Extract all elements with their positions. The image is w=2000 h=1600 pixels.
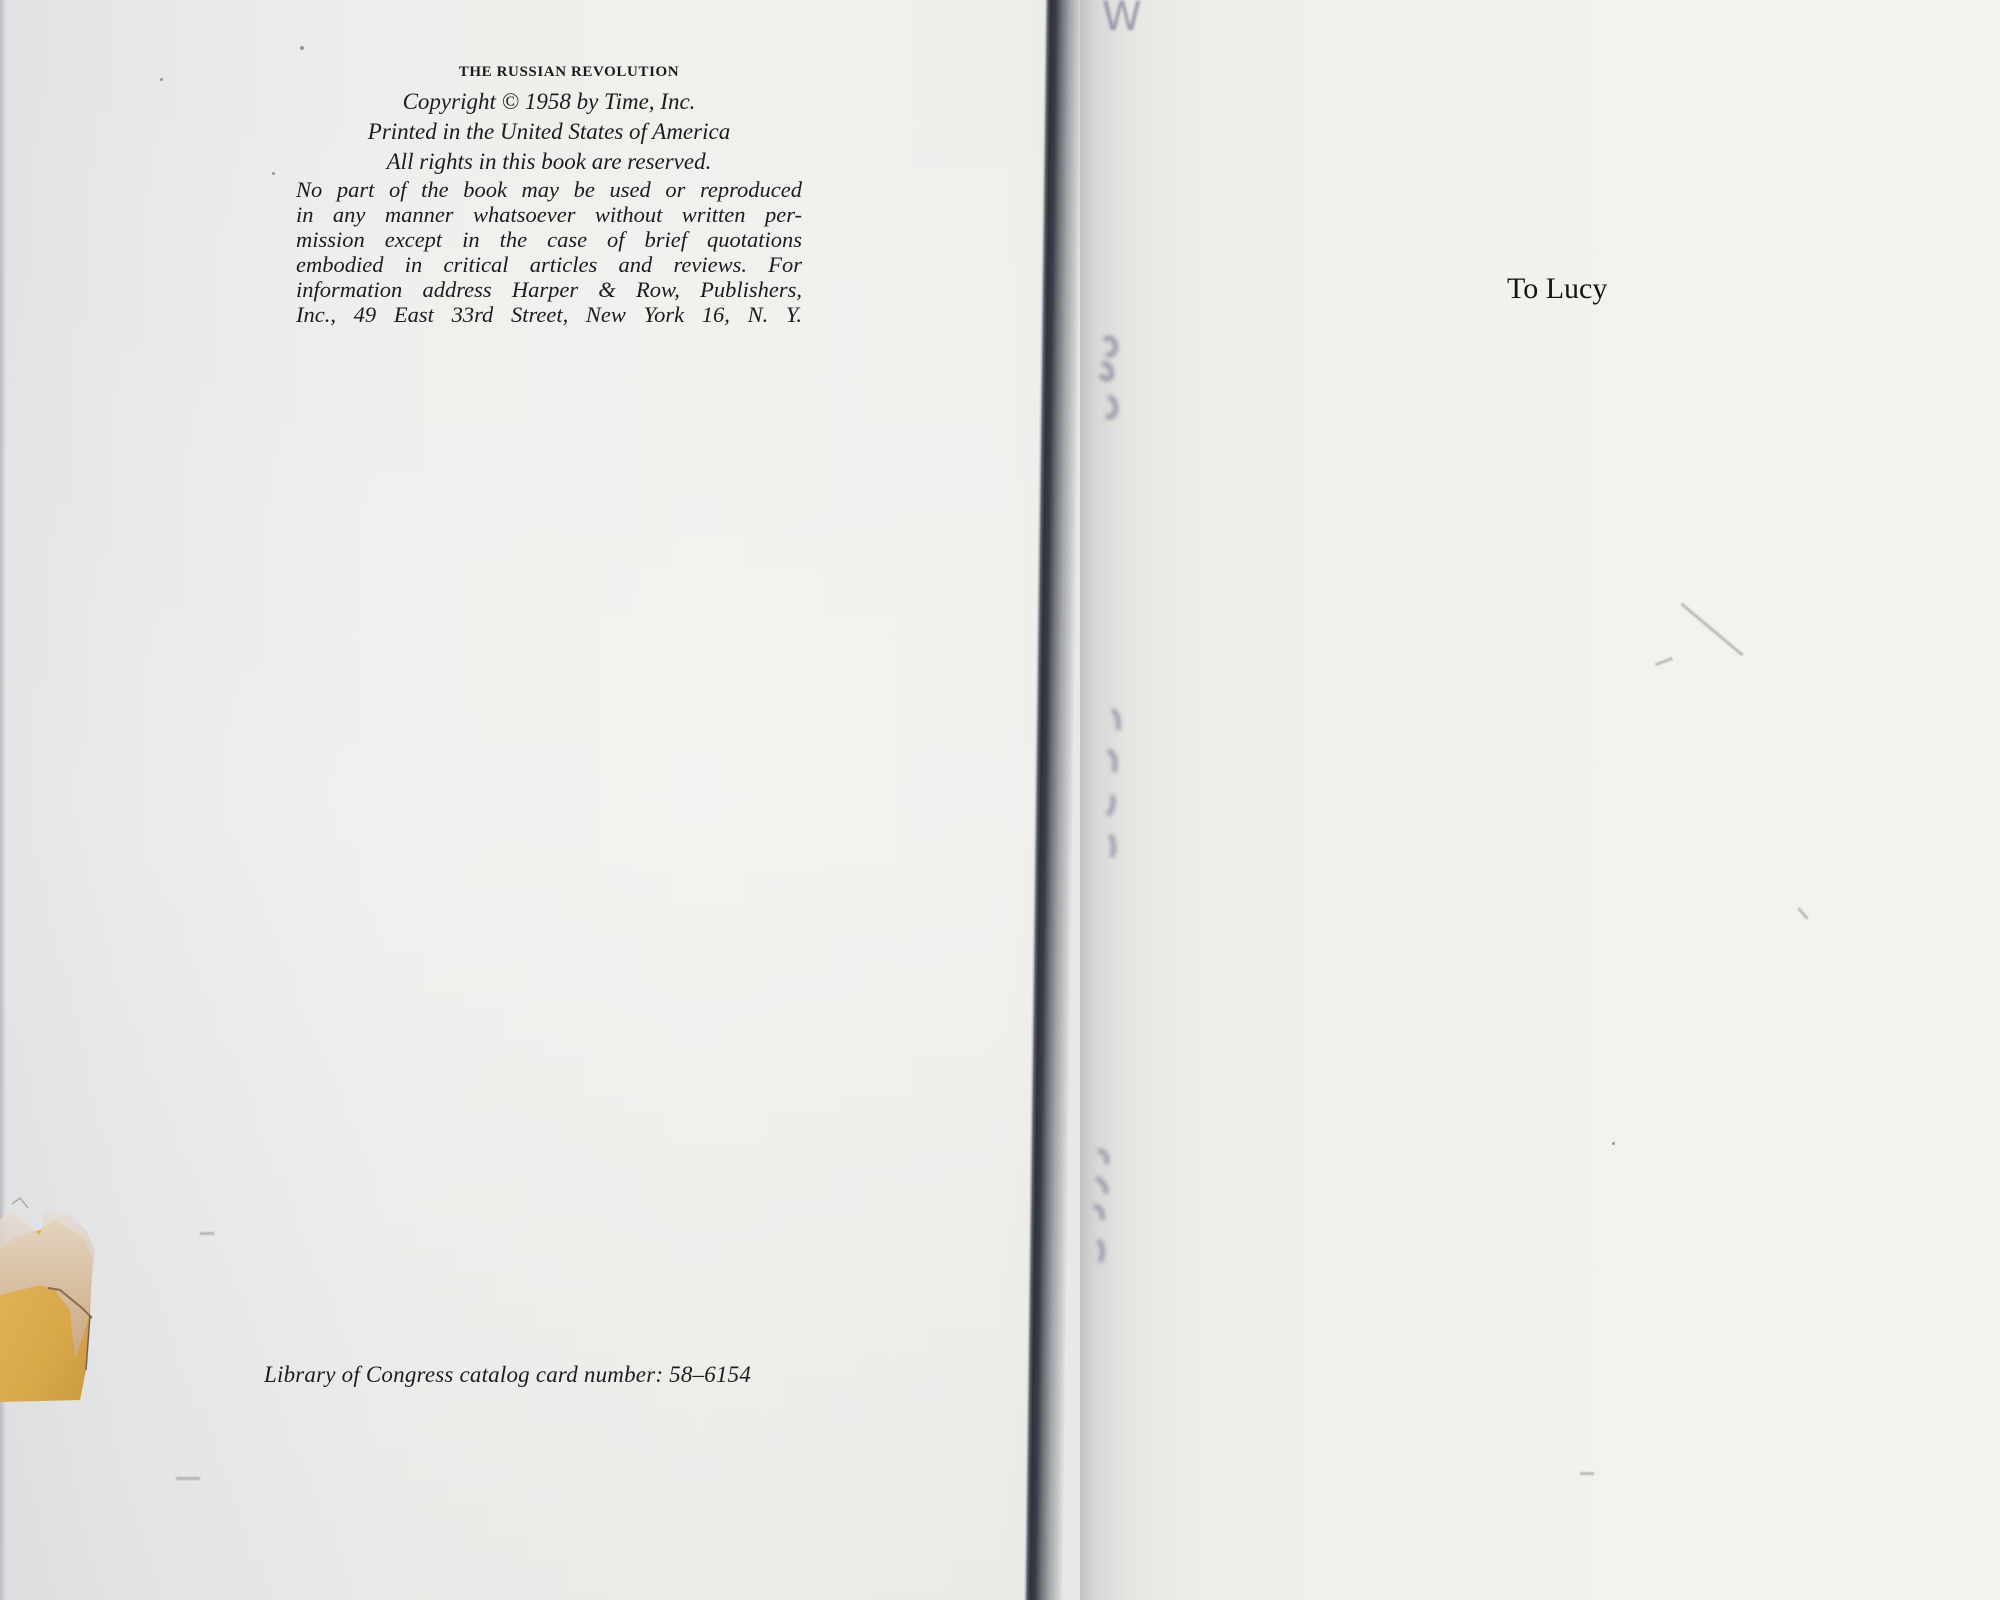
notice-line: Inc., 49 East 33rd Street, New York 16, … (296, 302, 802, 327)
library-of-congress-line: Library of Congress catalog card number:… (264, 1362, 764, 1388)
pencil-scribble-icon (1090, 700, 1130, 870)
left-page-copyright: THE RUSSIAN REVOLUTION Copyright © 1958 … (0, 0, 1062, 1600)
paper-scuff (1580, 1472, 1594, 1475)
dedication-text: To Lucy (1507, 272, 1607, 306)
copyright-line: Copyright © 1958 by Time, Inc. (296, 87, 802, 117)
paper-scuff (176, 1477, 200, 1480)
paper-speck (272, 172, 275, 175)
copyright-block: THE RUSSIAN REVOLUTION Copyright © 1958 … (296, 64, 802, 327)
paper-speck (1612, 1142, 1615, 1145)
notice-line: No part of the book may be used or repro… (296, 177, 802, 202)
rights-line: All rights in this book are reserved. (296, 147, 802, 177)
pencil-mark-top: W (1102, 0, 1142, 40)
paper-speck (160, 78, 163, 81)
notice-line: in any manner whatsoever without written… (296, 202, 802, 227)
paper-speck (300, 46, 304, 50)
notice-line: embodied in critical articles and review… (296, 252, 802, 277)
book-spread: THE RUSSIAN REVOLUTION Copyright © 1958 … (0, 0, 2000, 1600)
pencil-scribble-icon (1080, 1140, 1120, 1280)
notice-line: mission except in the case of brief quot… (296, 227, 802, 252)
right-page-dedication (1080, 0, 2000, 1600)
rights-notice: No part of the book may be used or repro… (296, 177, 802, 327)
tape-piece-icon (0, 1190, 95, 1402)
pencil-scribble-icon (1090, 320, 1130, 440)
printed-line: Printed in the United States of America (296, 117, 802, 147)
notice-line: information address Harper & Row, Publis… (296, 277, 802, 302)
book-title: THE RUSSIAN REVOLUTION (296, 64, 802, 81)
paper-scuff (200, 1232, 214, 1235)
